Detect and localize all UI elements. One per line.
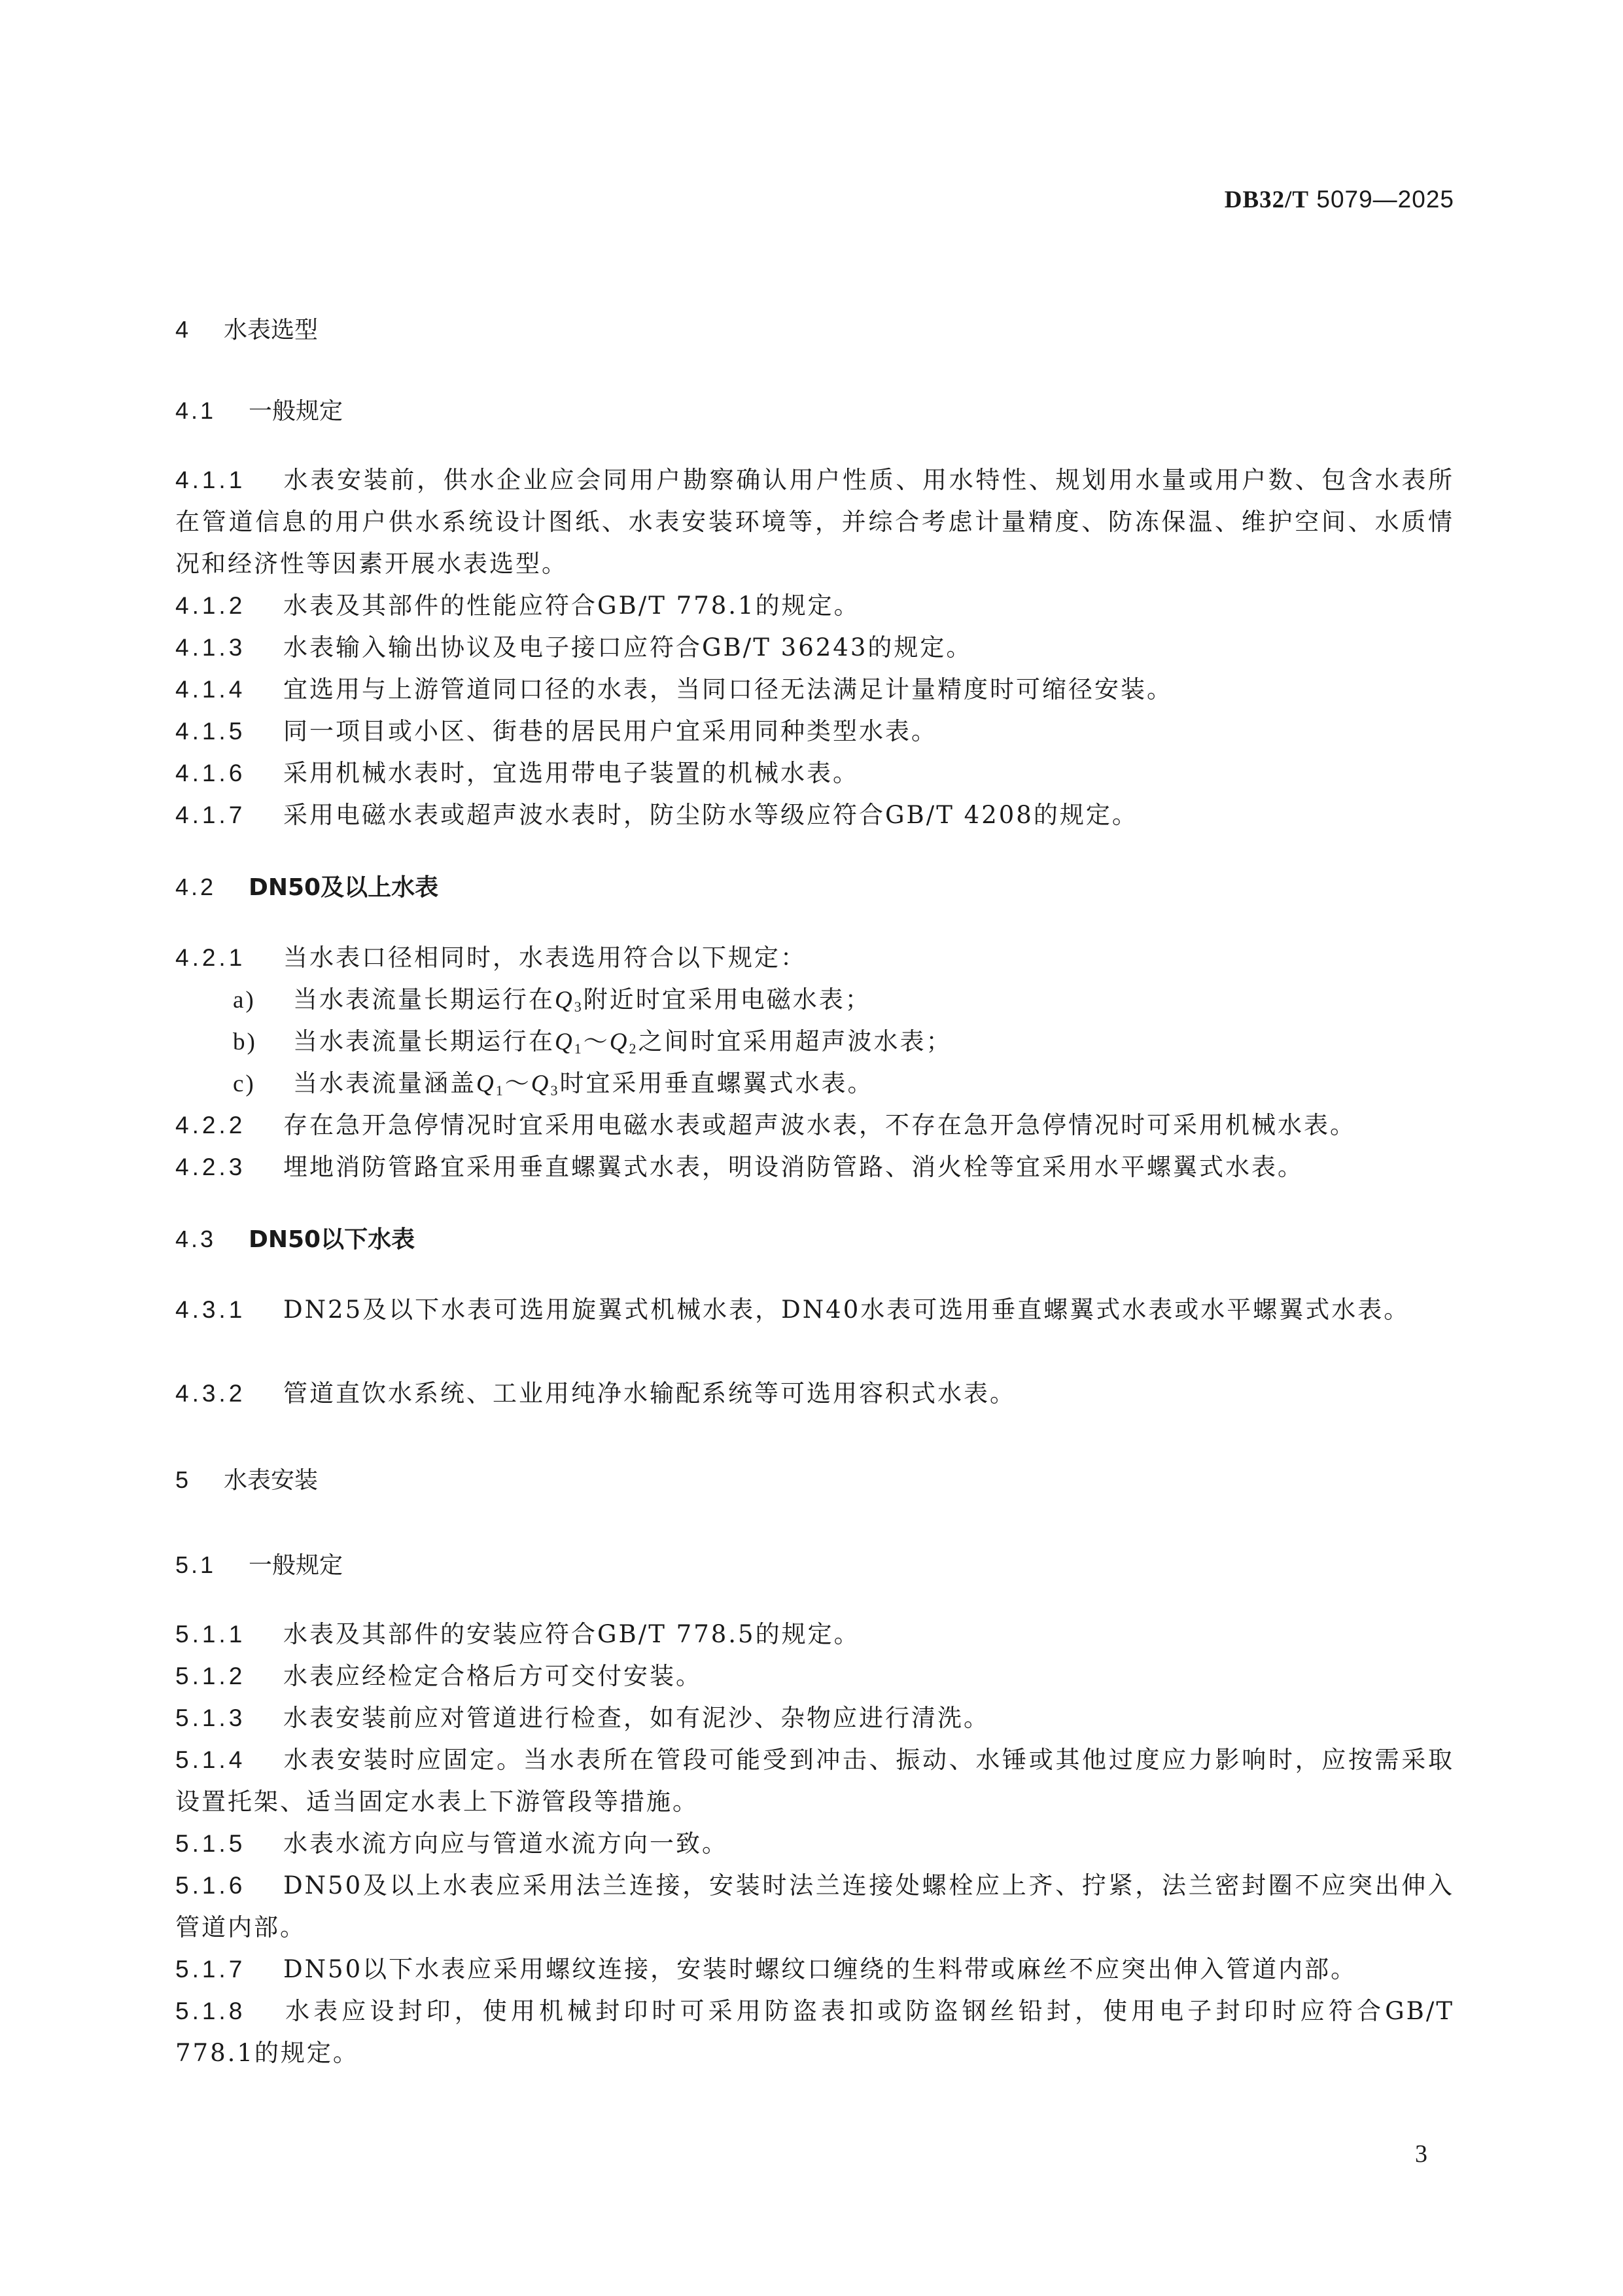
section-heading-5-1: 5.1一般规定 (175, 1551, 343, 1580)
clause-text: 水表水流方向应与管道水流方向一致。 (283, 1829, 728, 1858)
clause-4-2-3: 4.2.3埋地消防管路宜采用垂直螺翼式水表，明设消防管路、消火栓等宜采用水平螺翼… (175, 1146, 1454, 1188)
clause-number: 4.1.6 (175, 752, 283, 794)
section-title: 一般规定 (249, 1552, 343, 1579)
list-marker: c) (233, 1063, 293, 1105)
range-separator: ～ (505, 1069, 531, 1097)
clause-text: 埋地消防管路宜采用垂直螺翼式水表，明设消防管路、消火栓等宜采用水平螺翼式水表。 (283, 1153, 1304, 1181)
clause-5-1-3: 5.1.3水表安装前应对管道进行检查，如有泥沙、杂物应进行清洗。 (175, 1697, 1454, 1739)
clause-number: 4.3.1 (175, 1289, 283, 1331)
clause-text: 采用电磁水表或超声波水表时，防尘防水等级应符合GB/T 4208的规定。 (283, 801, 1138, 829)
list-text: 时宜采用垂直螺翼式水表。 (559, 1069, 873, 1097)
clause-text: 水表输入输出协议及电子接口应符合GB/T 36243的规定。 (283, 633, 972, 662)
clause-4-1-4: 4.1.4宜选用与上游管道同口径的水表，当同口径无法满足计量精度时可缩径安装。 (175, 669, 1454, 711)
document-code-number: 5079—2025 (1309, 186, 1454, 213)
clause-5-1-5: 5.1.5水表水流方向应与管道水流方向一致。 (175, 1823, 1454, 1865)
clause-text: 水表安装前应对管道进行检查，如有泥沙、杂物应进行清洗。 (283, 1704, 990, 1732)
clause-text: 水表应经检定合格后方可交付安装。 (283, 1662, 702, 1690)
clause-5-1-6: 5.1.6DN50及以上水表应采用法兰连接，安装时法兰连接处螺栓应上齐、拧紧，法… (175, 1865, 1454, 1949)
flow-symbol-subscript: 1 (574, 1040, 584, 1057)
clause-4-1-7: 4.1.7采用电磁水表或超声波水表时，防尘防水等级应符合GB/T 4208的规定… (175, 794, 1454, 836)
clause-text: DN50及以上水表应采用法兰连接，安装时法兰连接处螺栓应上齐、拧紧，法兰密封圈不… (175, 1871, 1454, 1941)
document-code: DB32/T 5079—2025 (1225, 186, 1454, 214)
clause-text: DN50以下水表应采用螺纹连接，安装时螺纹口缠绕的生料带或麻丝不应突出伸入管道内… (283, 1955, 1357, 1983)
clause-5-1-8: 5.1.8水表应设封印，使用机械封印时可采用防盗表扣或防盗钢丝铅封，使用电子封印… (175, 1990, 1454, 2074)
section-number: 4.2 (175, 873, 249, 902)
clause-number: 4.1.2 (175, 585, 283, 627)
section-number: 4 (175, 315, 224, 344)
list-text: 当水表流量长期运行在 (293, 985, 555, 1014)
clause-number: 4.1.1 (175, 459, 283, 501)
flow-symbol-letter: Q (531, 1070, 551, 1097)
list-text: 当水表流量长期运行在 (293, 1027, 555, 1055)
flow-symbol-subscript: 1 (496, 1082, 505, 1099)
clause-number: 4.1.5 (175, 711, 283, 752)
flow-symbol: Q1 (555, 1029, 584, 1055)
clause-text: 采用机械水表时，宜选用带电子装置的机械水表。 (283, 759, 859, 787)
clause-text: 同一项目或小区、街巷的居民用户宜采用同种类型水表。 (283, 717, 937, 745)
section-title: DN50以下水表 (249, 1226, 415, 1253)
list-item-b: b)当水表流量长期运行在Q1～Q2之间时宜采用超声波水表； (233, 1021, 952, 1063)
clause-number: 4.1.3 (175, 627, 283, 669)
section-title: 一般规定 (249, 398, 343, 425)
clause-number: 4.1.7 (175, 794, 283, 836)
flow-symbol-letter: Q (555, 1029, 574, 1055)
clause-5-1-2: 5.1.2水表应经检定合格后方可交付安装。 (175, 1655, 1454, 1697)
section-number: 5 (175, 1466, 224, 1494)
clause-number: 5.1.4 (175, 1739, 283, 1781)
clause-4-3-2: 4.3.2管道直饮水系统、工业用纯净水输配系统等可选用容积式水表。 (175, 1373, 1454, 1415)
clause-text: 水表及其部件的安装应符合GB/T 778.5的规定。 (283, 1620, 860, 1648)
section-heading-4-3: 4.3DN50以下水表 (175, 1225, 415, 1254)
flow-symbol-letter: Q (476, 1070, 496, 1097)
clause-text: 水表应设封印，使用机械封印时可采用防盗表扣或防盗钢丝铅封，使用电子封印时应符合G… (175, 1997, 1454, 2067)
clause-5-1-4: 5.1.4水表安装时应固定。当水表所在管段可能受到冲击、振动、水锤或其他过度应力… (175, 1739, 1454, 1823)
clause-number: 4.2.1 (175, 937, 283, 979)
section-title: 水表安装 (224, 1467, 318, 1494)
clause-text: 水表安装前，供水企业应会同用户勘察确认用户性质、用水特性、规划用水量或用户数、包… (175, 466, 1454, 578)
section-heading-5: 5水表安装 (175, 1466, 318, 1495)
clause-number: 5.1.2 (175, 1655, 283, 1697)
section-number: 5.1 (175, 1551, 249, 1580)
clause-4-1-3: 4.1.3水表输入输出协议及电子接口应符合GB/T 36243的规定。 (175, 627, 1454, 669)
clause-4-1-6: 4.1.6采用机械水表时，宜选用带电子装置的机械水表。 (175, 752, 1454, 794)
clause-number: 4.1.4 (175, 669, 283, 711)
clause-5-1-7: 5.1.7DN50以下水表应采用螺纹连接，安装时螺纹口缠绕的生料带或麻丝不应突出… (175, 1949, 1454, 1990)
clause-number: 5.1.8 (175, 1990, 283, 2032)
clause-number: 5.1.7 (175, 1949, 283, 1990)
clause-4-1-5: 4.1.5同一项目或小区、街巷的居民用户宜采用同种类型水表。 (175, 711, 1454, 752)
clause-4-1-2: 4.1.2水表及其部件的性能应符合GB/T 778.1的规定。 (175, 585, 1454, 627)
section-number: 4.1 (175, 397, 249, 425)
clause-text: DN25及以下水表可选用旋翼式机械水表，DN40水表可选用垂直螺翼式水表或水平螺… (283, 1296, 1410, 1324)
section-title: 水表选型 (224, 317, 318, 344)
flow-symbol: Q1 (476, 1070, 505, 1097)
list-text: 之间时宜采用超声波水表； (638, 1027, 952, 1055)
list-text: 附近时宜采用电磁水表； (584, 985, 871, 1014)
clause-number: 4.2.3 (175, 1146, 283, 1188)
section-title: DN50及以上水表 (249, 874, 438, 901)
section-number: 4.3 (175, 1225, 249, 1254)
section-heading-4: 4水表选型 (175, 315, 318, 345)
clause-4-3-1: 4.3.1DN25及以下水表可选用旋翼式机械水表，DN40水表可选用垂直螺翼式水… (175, 1289, 1454, 1331)
section-heading-4-2: 4.2DN50及以上水表 (175, 873, 438, 902)
flow-symbol-subscript: 3 (550, 1082, 559, 1099)
clause-text: 水表安装时应固定。当水表所在管段可能受到冲击、振动、水锤或其他过度应力影响时，应… (175, 1746, 1454, 1816)
clause-text: 存在急开急停情况时宜采用电磁水表或超声波水表，不存在急开急停情况时可采用机械水表… (283, 1111, 1356, 1139)
flow-symbol: Q3 (555, 987, 584, 1014)
flow-symbol-letter: Q (555, 987, 574, 1014)
clause-4-1-1: 4.1.1水表安装前，供水企业应会同用户勘察确认用户性质、用水特性、规划用水量或… (175, 459, 1454, 585)
clause-number: 4.3.2 (175, 1373, 283, 1415)
list-item-a: a)当水表流量长期运行在Q3附近时宜采用电磁水表； (233, 979, 871, 1021)
clause-number: 5.1.3 (175, 1697, 283, 1739)
flow-symbol-letter: Q (610, 1029, 629, 1055)
list-marker: a) (233, 980, 293, 1021)
section-heading-4-1: 4.1一般规定 (175, 397, 343, 426)
range-separator: ～ (584, 1027, 610, 1055)
clause-text: 管道直饮水系统、工业用纯净水输配系统等可选用容积式水表。 (283, 1379, 1016, 1407)
list-item-c: c)当水表流量涵盖Q1～Q3时宜采用垂直螺翼式水表。 (233, 1063, 873, 1105)
flow-symbol-subscript: 3 (574, 998, 584, 1015)
list-marker: b) (233, 1021, 293, 1063)
clause-number: 4.2.2 (175, 1104, 283, 1146)
flow-symbol: Q2 (610, 1029, 638, 1055)
clause-number: 5.1.6 (175, 1865, 283, 1907)
page-number: 3 (1415, 2140, 1427, 2168)
clause-text: 当水表口径相同时，水表选用符合以下规定： (283, 944, 807, 972)
clause-number: 5.1.1 (175, 1614, 283, 1655)
clause-4-2-1: 4.2.1当水表口径相同时，水表选用符合以下规定： (175, 937, 1454, 979)
clause-5-1-1: 5.1.1水表及其部件的安装应符合GB/T 778.5的规定。 (175, 1614, 1454, 1655)
clause-text: 宜选用与上游管道同口径的水表，当同口径无法满足计量精度时可缩径安装。 (283, 675, 1173, 703)
flow-symbol-subscript: 2 (629, 1040, 638, 1057)
clause-text: 水表及其部件的性能应符合GB/T 778.1的规定。 (283, 592, 860, 620)
document-code-prefix: DB32/T (1225, 186, 1309, 213)
clause-4-2-2: 4.2.2存在急开急停情况时宜采用电磁水表或超声波水表，不存在急开急停情况时可采… (175, 1104, 1454, 1146)
clause-number: 5.1.5 (175, 1823, 283, 1865)
flow-symbol: Q3 (531, 1070, 560, 1097)
list-text: 当水表流量涵盖 (293, 1069, 476, 1097)
